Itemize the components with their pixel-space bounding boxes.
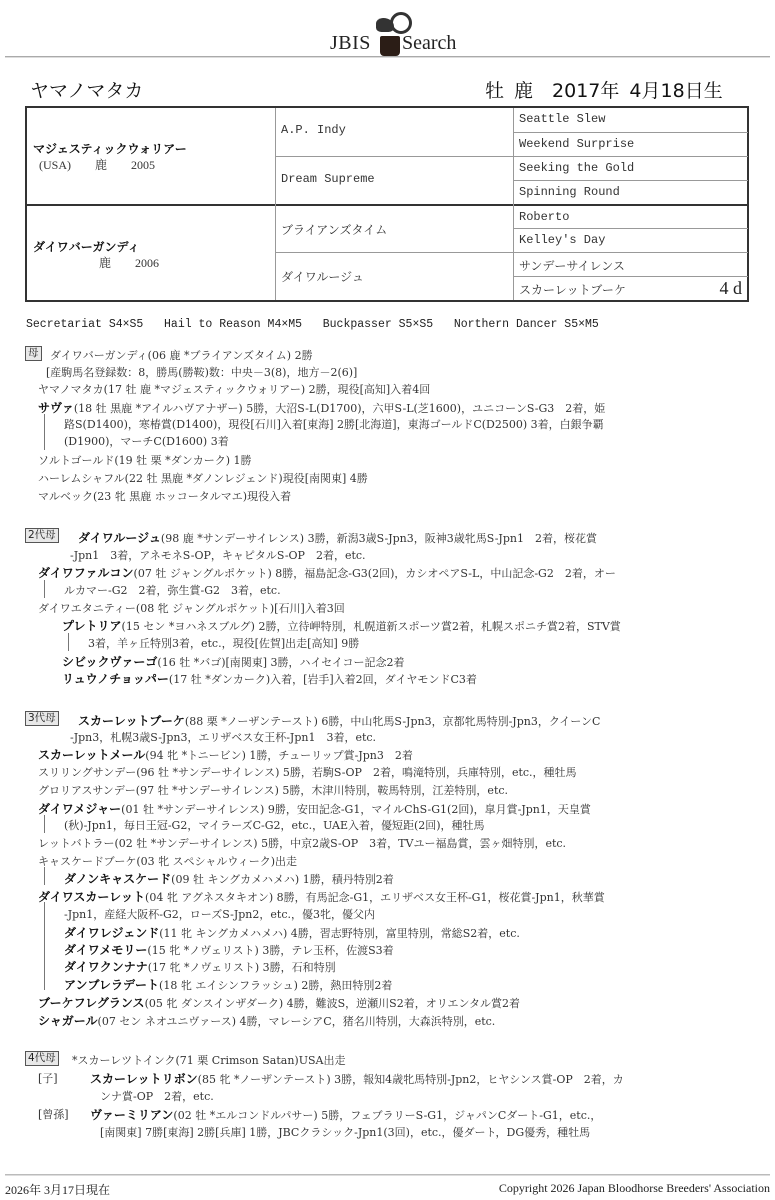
entry-details: (05 牝 ダンスインザダーク) 4勝，難波S，逆瀬川S2着，オリエンタル賞2着 (145, 997, 521, 1010)
pedigree-gen2-cell: Dream Supreme (276, 156, 514, 204)
list-item: ヴァーミリアン(02 牡 *エルコンドルパサー) 5勝，フェブラリーS-G1，ジ… (90, 1106, 601, 1123)
horse-sex-color-birthdate: 牡 鹿 2017年 4月18日生 (485, 76, 723, 103)
horse-title-row: ヤマノマタカ 牡 鹿 2017年 4月18日生 (0, 76, 775, 104)
list-item-cont: 3着，羊ヶ丘特別3着，etc.，現役[佐賀]出走[高知] 9勝 (88, 635, 359, 651)
entry-details: (11 牝 キングカメハメハ) 4勝，習志野特別，富里特別，常総S2着，etc. (159, 927, 520, 940)
as-of-date: 2026年 3月17日現在 (5, 1181, 110, 1198)
entry-details: (04 牝 アグネスタキオン) 8勝，有馬記念-G1，エリザベス女王杯-G1，桜… (145, 891, 605, 904)
tree-line (44, 902, 45, 990)
ancestor-name: Seeking the Gold (519, 161, 634, 175)
pedigree-gen3: Seattle Slew Weekend Surprise Seeking th… (513, 108, 748, 300)
dam-name: ダイワバーガンディ (33, 238, 140, 255)
list-item: リュウノチョッパー(17 牡 *ダンカーク)入着，[岩手]入着2回，ダイヤモンド… (62, 670, 477, 687)
pedigree-gen3-cell: Roberto (514, 204, 748, 228)
fourth-dam-badge: 4代母 (25, 1051, 59, 1066)
horse-name-bold: ダイワスカーレット (38, 890, 145, 904)
horse-name-bold: プレトリア (62, 619, 122, 633)
list-item: マルベック(23 牝 黒鹿 ホッコータルマエ)現役入着 (38, 488, 291, 504)
entry-details: (15 牝 *ノヴェリスト) 3勝，テレ玉杯，佐渡S3着 (147, 944, 393, 957)
pedigree-gen2: A.P. Indy Dream Supreme ブライアンズタイム ダイワルージ… (275, 108, 514, 300)
entry-details: (02 牡 *エルコンドルパサー) 5勝，フェブラリーS-G1，ジャパンCダート… (173, 1109, 601, 1122)
ancestor-name: Weekend Surprise (519, 137, 634, 151)
third-dam-line: スカーレットブーケ(88 栗 *ノーザンテースト) 6勝，中山牝馬S-Jpn3，… (78, 712, 600, 729)
horse-name-bold: ダイワメジャー (38, 802, 121, 816)
list-item-cont: -Jpn3，札幌3歳S-Jpn3，エリザベス女王杯-Jpn1 3着，etc. (70, 729, 376, 745)
ancestor-name: Dream Supreme (281, 172, 375, 186)
ancestor-name: サンデーサイレンス (519, 257, 625, 274)
logo-text-search: Search (402, 32, 456, 55)
list-item: グロリアスサンデー(97 牡 *サンデーサイレンス) 5勝，木津川特別，鞍馬特別… (38, 782, 508, 798)
entry-details: (16 牡 *バゴ)[南関東] 3勝，ハイセイコー記念2着 (157, 656, 404, 669)
tree-line (44, 867, 45, 885)
list-item: サヴァ(18 牡 黒鹿 *アイルハヴアナザー) 5勝，大沼S-L(D1700)，… (38, 399, 605, 416)
list-item-cont: (秋)-Jpn1，毎日王冠-G2，マイラーズC-G2，etc.，UAE入着，優短… (64, 817, 485, 833)
dam-produce-stats: [産駒馬名登録数：8，勝馬(勝鞍)数：中央－3(8)，地方－2(6)] (46, 364, 357, 380)
list-item: ダイワレジェンド(11 牝 キングカメハメハ) 4勝，習志野特別，富里特別，常総… (64, 924, 520, 941)
list-item: スカーレットメール(94 牝 *トニービン) 1勝，チューリップ賞-Jpn3 2… (38, 746, 413, 763)
horse-name-bold: ダイワメモリー (64, 943, 147, 957)
horse-name-bold: ダイワレジェンド (64, 926, 159, 940)
list-item-cont: 路S(D1400)，寒椿賞(D1400)，現役[石川]入着[東海] 2勝[北海道… (64, 416, 604, 432)
dam-line: ダイワバーガンディ(06 鹿 *ブライアンズタイム) 2勝 (50, 347, 313, 363)
list-item: ダイワスカーレット(04 牝 アグネスタキオン) 8勝，有馬記念-G1，エリザベ… (38, 888, 605, 905)
horse-name-bold: ヴァーミリアン (90, 1108, 173, 1122)
list-item: ハーレムシャフル(22 牡 黒鹿 *ダノンレジェンド)現役[南関東] 4勝 (38, 470, 368, 486)
pedigree-gen3-cell: スカーレットブーケ4 d (514, 276, 748, 300)
list-item: ダノンキャスケード(09 牡 キングカメハメハ) 1勝，積丹特別2着 (64, 870, 394, 887)
pedigree-gen2-cell: A.P. Indy (276, 108, 514, 156)
tree-line (44, 580, 45, 598)
family-number: 4 d (720, 278, 743, 299)
entry-details: (85 牝 *ノーザンテースト) 3勝，報知4歳牝馬特別-Jpn2，ヒヤシンス賞… (198, 1073, 624, 1086)
list-item: プレトリア(15 セン *ヨハネスブルグ) 2勝，立待岬特別，札幌道新スポーツ賞… (62, 617, 621, 634)
fourth-dam-line: *スカーレツトインク(71 栗 Crimson Satan)USA出走 (72, 1052, 345, 1068)
list-item-cont: (D1900)，マーチC(D1600) 3着 (64, 433, 229, 449)
list-item: シャガール(07 セン ネオユニヴァース) 4勝，マレーシアC，猪名川特別，大森… (38, 1012, 495, 1029)
third-dam-badge: 3代母 (25, 711, 59, 726)
horse-name-bold: シビックヴァーゴ (62, 655, 157, 669)
list-item: ダイワファルコン(07 牡 ジャングルポケット) 8勝，福島記念-G3(2回)，… (38, 564, 616, 581)
horse-name-bold: スカーレットリボン (90, 1072, 198, 1086)
list-item: ダイワクンナナ(17 牝 *ノヴェリスト) 3勝，石和特別 (64, 958, 336, 975)
entry-details: (18 牝 エイシンフラッシュ) 2勝，熱田特別2着 (159, 979, 392, 992)
dam-info: 鹿 2006 (39, 254, 159, 271)
ancestor-name: Spinning Round (519, 185, 620, 199)
list-item: ヤマノマタカ(17 牡 鹿 *マジェスティックウォリアー) 2勝，現役[高知]入… (38, 381, 430, 397)
list-item: ソルトゴールド(19 牡 栗 *ダンカーク) 1勝 (38, 452, 252, 468)
entry-details: (07 セン ネオユニヴァース) 4勝，マレーシアC，猪名川特別，大森浜特別，e… (98, 1015, 496, 1028)
pedigree-gen3-cell: サンデーサイレンス (514, 252, 748, 276)
second-dam-line: ダイワルージュ(98 鹿 *サンデーサイレンス) 3勝，新潟3歳S-Jpn3，阪… (78, 529, 597, 546)
entry-details: (98 鹿 *サンデーサイレンス) 3勝，新潟3歳S-Jpn3，阪神3歳牝馬S-… (161, 532, 597, 545)
ancestor-name: スカーレットブーケ (519, 281, 626, 298)
ancestor-name: A.P. Indy (281, 123, 346, 137)
list-item-cont: [南関東] 7勝[東海] 2勝[兵庫] 1勝，JBCクラシック-Jpn1(3回)… (100, 1124, 590, 1140)
list-item: ブーケフレグランス(05 牝 ダンスインザダーク) 4勝，難波S，逆瀬川S2着，… (38, 994, 520, 1011)
ancestor-name: Kelley's Day (519, 233, 605, 247)
entry-details: (88 栗 *ノーザンテースト) 6勝，中山牝馬S-Jpn3，京都牝馬特別-Jp… (185, 715, 601, 728)
ancestor-name: Seattle Slew (519, 112, 605, 126)
horse-name-bold: ダイワルージュ (78, 531, 161, 545)
list-item-cont: -Jpn1，産経大阪杯-G2，ローズS-Jpn2，etc.，優3牝，優父内 (64, 906, 375, 922)
ancestor-name: Roberto (519, 210, 569, 224)
entry-details: (01 牡 *サンデーサイレンス) 9勝，安田記念-G1，マイルChS-G1(2… (121, 803, 591, 816)
dam-badge: 母 (25, 346, 42, 361)
horse-name-bold: サヴァ (38, 401, 74, 415)
relation-tag: [子] (38, 1070, 58, 1086)
list-item: ダイワメモリー(15 牝 *ノヴェリスト) 3勝，テレ玉杯，佐渡S3着 (64, 941, 394, 958)
pedigree-dam: ダイワバーガンディ 鹿 2006 (27, 204, 275, 300)
magnifier-icon (390, 12, 412, 34)
footer-divider (5, 1174, 770, 1176)
sire-info: (USA) 鹿 2005 (39, 156, 155, 173)
pedigree-table: マジェスティックウォリアー (USA) 鹿 2005 ダイワバーガンディ 鹿 2… (25, 106, 749, 302)
pedigree-gen3-cell: Seeking the Gold (514, 156, 748, 180)
pedigree-gen3-cell: Spinning Round (514, 180, 748, 204)
list-item: レットバトラー(02 牡 *サンデーサイレンス) 5勝，中京2歳S-OP 3着，… (38, 835, 566, 851)
logo-text-jbis: JBIS (330, 32, 371, 55)
horse-name-bold: ダイワクンナナ (64, 960, 148, 974)
pedigree-gen3-cell: Kelley's Day (514, 228, 748, 252)
second-dam-badge: 2代母 (25, 528, 59, 543)
horse-name-bold: ブーケフレグランス (38, 996, 145, 1010)
list-item-cont: ンナ賞-OP 2着，etc. (100, 1088, 214, 1104)
copyright: Copyright 2026 Japan Bloodhorse Breeders… (499, 1181, 770, 1196)
jbis-search-logo[interactable]: JBIS Search (330, 8, 460, 56)
pedigree-gen3-cell: Seattle Slew (514, 108, 748, 132)
list-item-cont: ルカマー-G2 2着，弥生賞-G2 3着，etc. (64, 582, 281, 598)
horse-name-bold: スカーレットブーケ (78, 714, 185, 728)
entry-details: (17 牝 *ノヴェリスト) 3勝，石和特別 (148, 961, 336, 974)
entry-details: (07 牡 ジャングルポケット) 8勝，福島記念-G3(2回)，カシオペアS-L… (134, 567, 616, 580)
list-item: キャスケードブーケ(03 牝 スペシャルウィーク)出走 (38, 853, 297, 869)
list-item: アンブレラデート(18 牝 エイシンフラッシュ) 2勝，熱田特別2着 (64, 976, 392, 993)
ancestor-name: ブライアンズタイム (281, 221, 387, 238)
pedigree-gen1: マジェスティックウォリアー (USA) 鹿 2005 ダイワバーガンディ 鹿 2… (27, 108, 275, 300)
list-item: スリリングサンデー(96 牡 *サンデーサイレンス) 5勝，若駒S-OP 2着，… (38, 764, 577, 780)
bucket-icon (380, 36, 400, 56)
horse-name: ヤマノマタカ (30, 76, 143, 103)
page-header: JBIS Search (0, 0, 775, 58)
list-item-cont: -Jpn1 3着，アネモネS-OP，キャピタルS-OP 2着，etc. (70, 547, 366, 563)
entry-details: (17 牡 *ダンカーク)入着，[岩手]入着2回，ダイヤモンドC3着 (169, 673, 477, 686)
horse-name-bold: スカーレットメール (38, 748, 145, 762)
pedigree-sire: マジェスティックウォリアー (USA) 鹿 2005 (27, 108, 275, 204)
pedigree-gen3-cell: Weekend Surprise (514, 132, 748, 156)
relation-tag: [曾孫] (38, 1106, 69, 1122)
header-divider (5, 56, 770, 58)
list-item: ダイワエタニティー(08 牝 ジャングルポケット)[石川]入着3回 (38, 600, 345, 616)
list-item: ダイワメジャー(01 牡 *サンデーサイレンス) 9勝，安田記念-G1，マイルC… (38, 800, 591, 817)
entry-details: (94 牝 *トニービン) 1勝，チューリップ賞-Jpn3 2着 (145, 749, 413, 762)
horse-name-bold: ダノンキャスケード (64, 872, 171, 886)
entry-details: (09 牡 キングカメハメハ) 1勝，積丹特別2着 (171, 873, 394, 886)
entry-details: (18 牡 黒鹿 *アイルハヴアナザー) 5勝，大沼S-L(D1700)，六甲S… (74, 402, 605, 415)
horse-name-bold: アンブレラデート (64, 978, 159, 992)
sire-name: マジェスティックウォリアー (33, 140, 187, 157)
inbreeding-summary: Secretariat S4×S5 Hail to Reason M4×M5 B… (26, 318, 599, 331)
entry-details: (15 セン *ヨハネスブルグ) 2勝，立待岬特別，札幌道新スポーツ賞2着，札幌… (122, 620, 621, 633)
pedigree-gen2-cell: ダイワルージュ (276, 252, 514, 300)
ancestor-name: ダイワルージュ (281, 268, 364, 285)
horse-name-bold: ダイワファルコン (38, 566, 134, 580)
tree-line (44, 815, 45, 833)
tree-line (68, 633, 69, 651)
list-item: スカーレットリボン(85 牝 *ノーザンテースト) 3勝，報知4歳牝馬特別-Jp… (90, 1070, 624, 1087)
tree-line (44, 414, 45, 450)
horse-name-bold: リュウノチョッパー (62, 672, 169, 686)
list-item: シビックヴァーゴ(16 牡 *バゴ)[南関東] 3勝，ハイセイコー記念2着 (62, 653, 404, 670)
pedigree-gen2-cell: ブライアンズタイム (276, 204, 514, 252)
horse-name-bold: シャガール (38, 1014, 98, 1028)
